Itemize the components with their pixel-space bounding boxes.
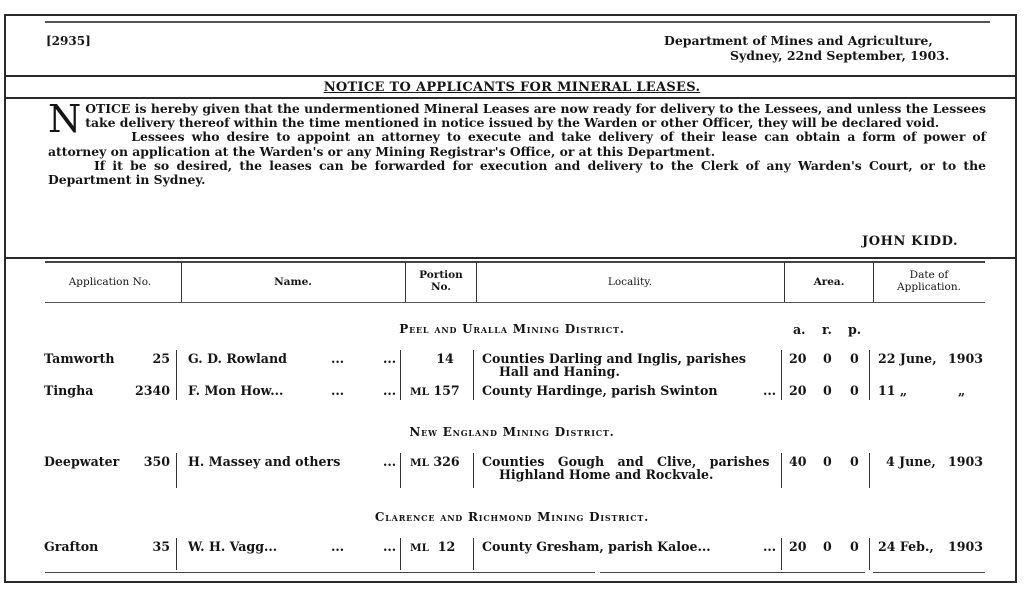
row-year: 1903 xyxy=(948,540,983,554)
table-header-bottom-rule xyxy=(45,302,985,303)
notice-paragraph-3: If it be so desired, the leases can be f… xyxy=(48,159,986,187)
notice-title-text: NOTICE TO APPLICANTS FOR MINERAL LEASES. xyxy=(324,80,701,95)
row-name: W. H. Vagg... xyxy=(188,540,277,554)
portion-number: 12 xyxy=(438,539,456,554)
table-bottom-rule xyxy=(600,572,865,573)
row-place: Tingha xyxy=(44,384,93,398)
row-dots: ... xyxy=(383,352,396,366)
row-area-p: 0 xyxy=(850,455,859,469)
column-header-locality: Locality. xyxy=(477,276,783,288)
row-area-p: 0 xyxy=(850,384,859,398)
column-divider xyxy=(176,538,177,570)
row-area-a: 40 xyxy=(789,455,807,469)
column-divider xyxy=(781,538,782,570)
row-locality: County Hardinge, parish Swinton xyxy=(482,384,718,398)
row-place: Grafton xyxy=(44,540,98,554)
row-app-no: 25 xyxy=(140,352,170,366)
mineral-lease-prefix: ML xyxy=(410,542,429,554)
divider xyxy=(4,75,1017,77)
mineral-lease-prefix: ML xyxy=(410,386,429,398)
row-area-p: 0 xyxy=(850,352,859,366)
column-header-name: Name. xyxy=(182,276,404,288)
date-label: Date of xyxy=(874,269,984,281)
area-unit-acres: a. xyxy=(793,322,806,337)
column-divider xyxy=(473,538,474,570)
column-divider xyxy=(400,453,401,488)
application-label: Application. xyxy=(874,281,984,293)
row-year: „ xyxy=(958,384,965,398)
column-header-date: Date of Application. xyxy=(874,269,984,293)
row-dots: ... xyxy=(383,540,396,554)
row-portion: ML 326 xyxy=(410,455,460,470)
row-date: 22 June, xyxy=(878,352,937,366)
column-divider xyxy=(400,350,401,400)
table-header-top-rule xyxy=(45,261,985,263)
row-locality-cont: Highland Home and Rockvale. xyxy=(499,468,713,482)
drop-cap: N xyxy=(48,104,81,134)
row-dots: ... xyxy=(763,384,776,398)
department-heading: Department of Mines and Agriculture, Syd… xyxy=(664,33,949,63)
row-app-no: 35 xyxy=(140,540,170,554)
column-header-portion: Portion No. xyxy=(406,269,476,293)
notice-paragraph-2: Lessees who desire to appoint an attorne… xyxy=(48,130,986,158)
table-bottom-rule xyxy=(45,572,595,573)
column-divider xyxy=(473,453,474,488)
row-place: Deepwater xyxy=(44,455,119,469)
mineral-lease-prefix: ML xyxy=(410,457,429,469)
row-dots: ... xyxy=(331,384,344,398)
paragraph-text: OTICE is hereby given that the underment… xyxy=(85,101,986,130)
notice-paragraph-1: NOTICE is hereby given that the undermen… xyxy=(48,102,986,130)
district-heading: Clarence and Richmond Mining District. xyxy=(0,510,1024,524)
row-area-r: 0 xyxy=(823,352,832,366)
column-divider xyxy=(781,350,782,400)
row-dots: ... xyxy=(383,455,396,469)
notice-body: NOTICE is hereby given that the undermen… xyxy=(48,102,986,187)
row-dots: ... xyxy=(331,352,344,366)
document-frame xyxy=(4,14,1017,583)
row-app-no: 2340 xyxy=(130,384,170,398)
row-date: 4 June, xyxy=(886,455,936,469)
row-locality: County Gresham, parish Kaloe... xyxy=(482,540,711,554)
row-portion: 14 xyxy=(420,352,470,366)
row-year: 1903 xyxy=(948,352,983,366)
area-unit-roods: r. xyxy=(822,322,832,337)
row-locality-cont: Hall and Haning. xyxy=(499,365,620,379)
department-name: Department of Mines and Agriculture, xyxy=(664,33,949,48)
column-divider xyxy=(869,453,870,488)
divider xyxy=(4,257,1017,259)
divider xyxy=(4,97,1017,99)
row-area-p: 0 xyxy=(850,540,859,554)
row-area-a: 20 xyxy=(789,540,807,554)
column-header-area: Area. xyxy=(785,276,873,288)
portion-label: Portion xyxy=(406,269,476,281)
place-date: Sydney, 22nd September, 1903. xyxy=(664,48,949,63)
row-portion: ML 12 xyxy=(410,540,455,555)
gazette-reference: [2935] xyxy=(46,34,91,48)
row-dots: ... xyxy=(383,384,396,398)
portion-no-label: No. xyxy=(406,281,476,293)
portion-number: 326 xyxy=(433,454,459,469)
row-portion: ML 157 xyxy=(410,384,460,399)
signature: JOHN KIDD. xyxy=(862,234,958,249)
row-name: G. D. Rowland xyxy=(188,352,287,366)
row-area-r: 0 xyxy=(823,384,832,398)
notice-title: NOTICE TO APPLICANTS FOR MINERAL LEASES. xyxy=(0,80,1024,95)
row-name: H. Massey and others xyxy=(188,455,340,469)
district-heading: Peel and Uralla Mining District. xyxy=(0,322,1024,336)
row-dots: ... xyxy=(763,540,776,554)
column-divider xyxy=(473,350,474,400)
row-area-a: 20 xyxy=(789,352,807,366)
column-header-application-no: Application No. xyxy=(50,276,170,288)
row-date: 11 „ xyxy=(878,384,907,398)
row-area-a: 20 xyxy=(789,384,807,398)
area-unit-perches: p. xyxy=(848,322,861,337)
row-date: 24 Feb., xyxy=(878,540,934,554)
row-area-r: 0 xyxy=(823,540,832,554)
row-place: Tamworth xyxy=(44,352,115,366)
table-bottom-rule xyxy=(873,572,985,573)
column-divider xyxy=(176,453,177,488)
column-divider xyxy=(869,350,870,400)
top-rule xyxy=(45,21,990,23)
column-divider xyxy=(400,538,401,570)
district-heading: New England Mining District. xyxy=(0,425,1024,439)
portion-number: 157 xyxy=(433,383,459,398)
column-divider xyxy=(869,538,870,570)
row-area-r: 0 xyxy=(823,455,832,469)
row-year: 1903 xyxy=(948,455,983,469)
row-name: F. Mon How... xyxy=(188,384,283,398)
column-divider xyxy=(781,453,782,488)
column-divider xyxy=(176,350,177,400)
row-dots: ... xyxy=(331,540,344,554)
row-app-no: 350 xyxy=(140,455,170,469)
